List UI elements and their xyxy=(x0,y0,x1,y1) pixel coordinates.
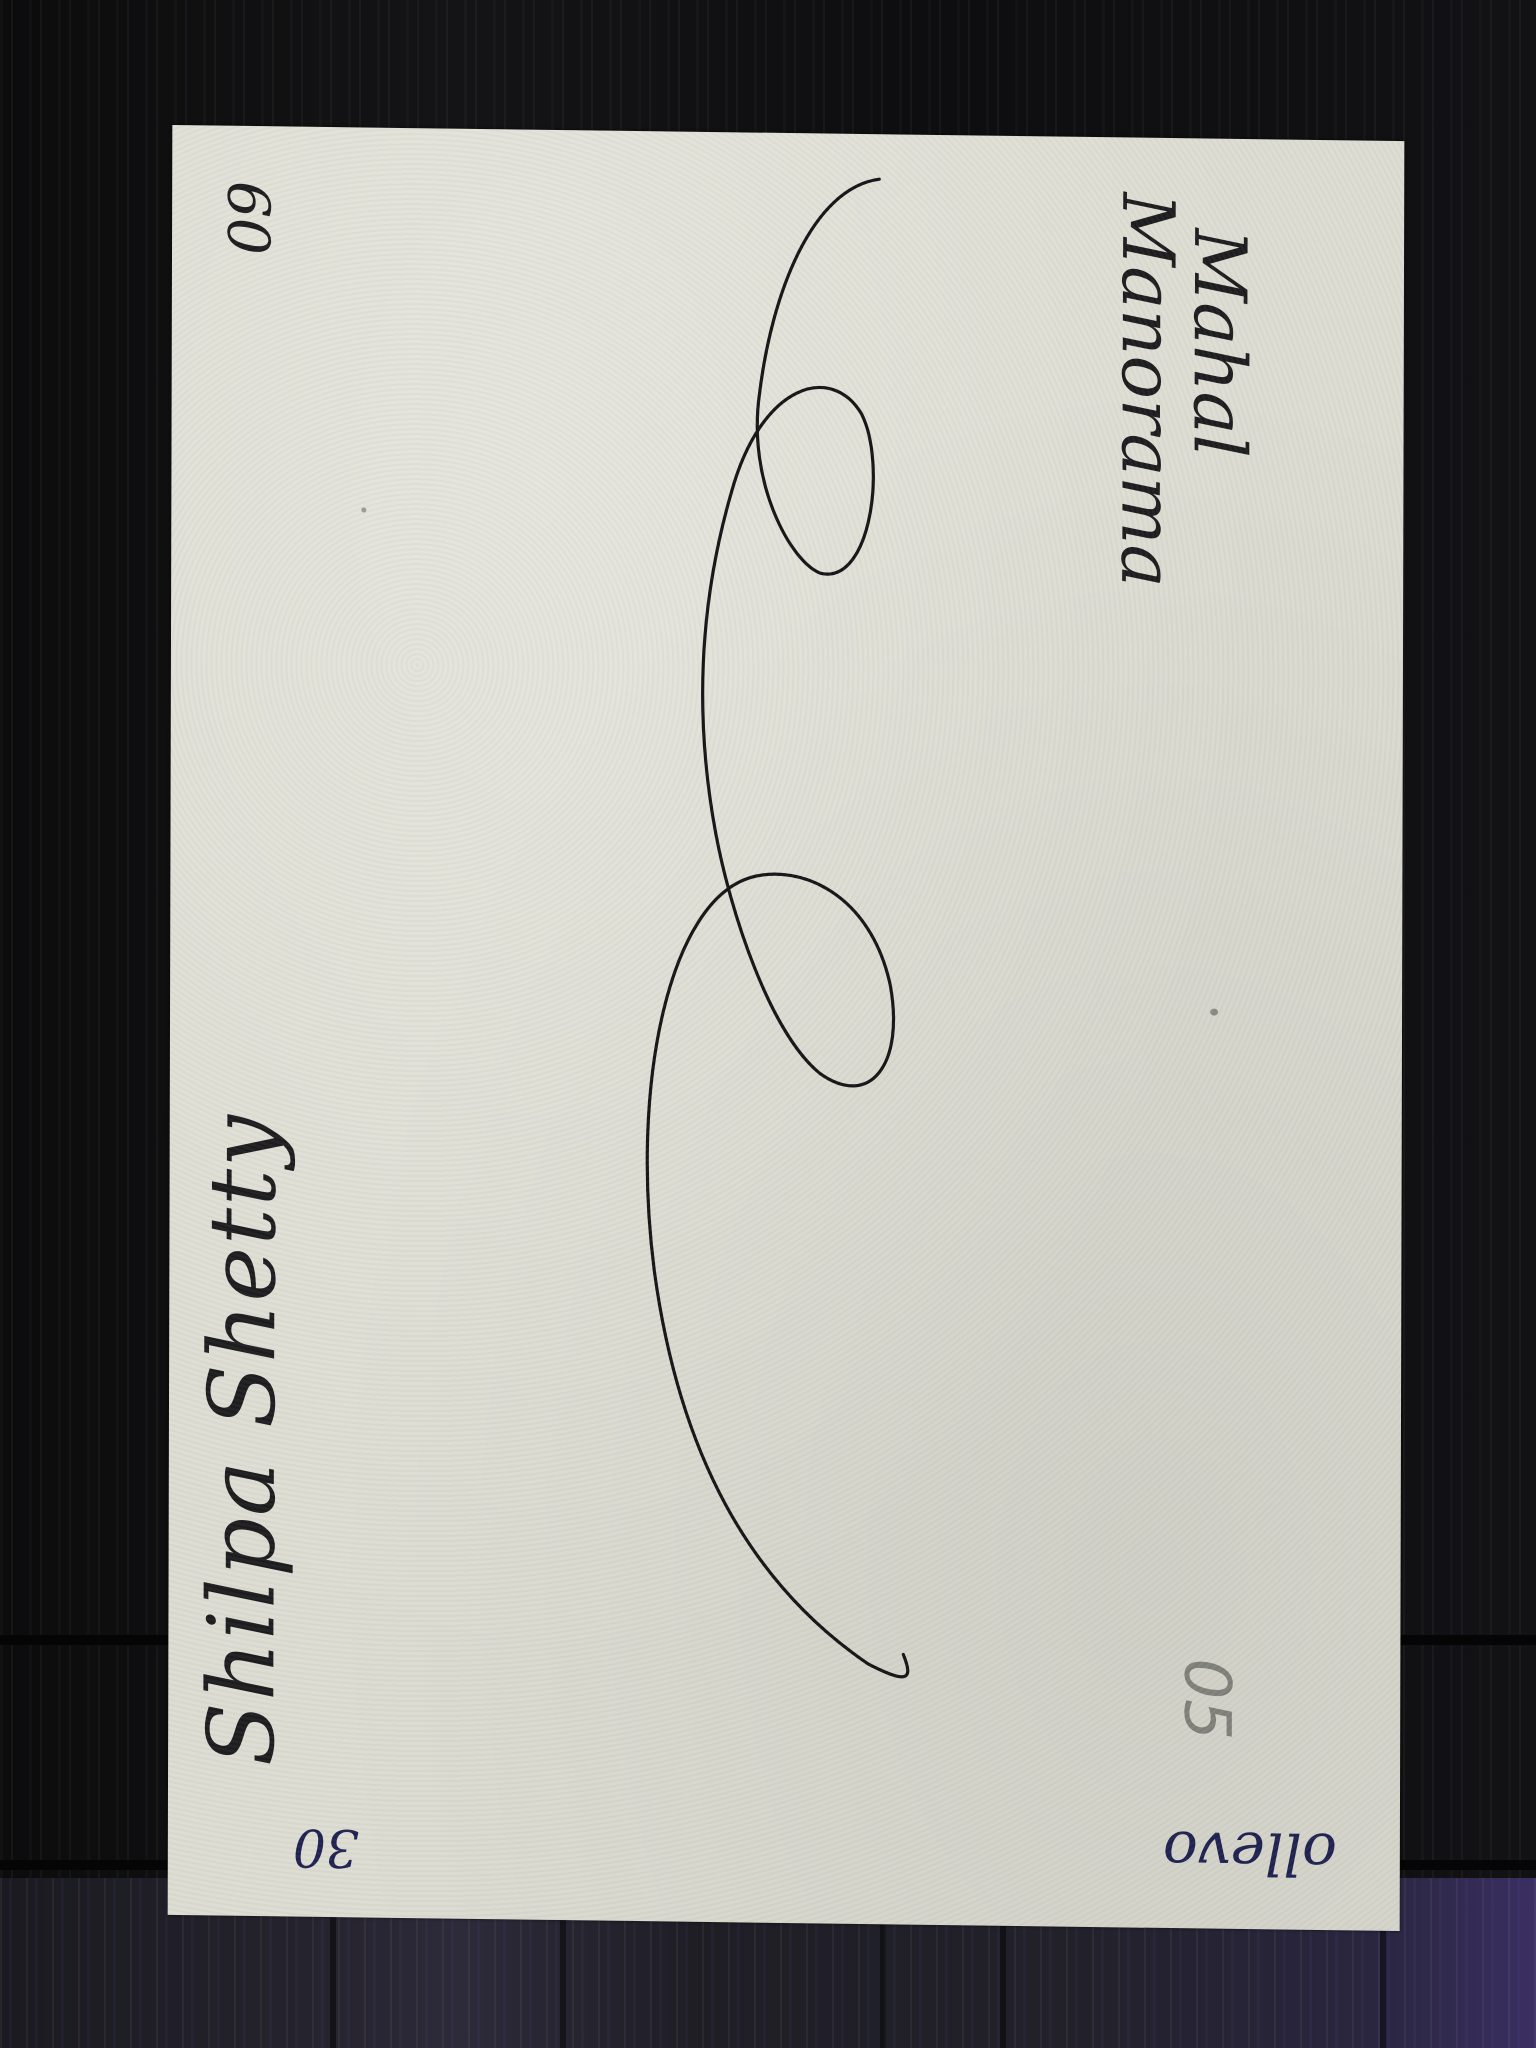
left-signature-text: Shilpa Shetty xyxy=(188,1112,297,1766)
card-speck xyxy=(1210,1009,1218,1016)
autograph-card: Shilpa Shetty 60 30 Manorama Mahal 05 ol… xyxy=(168,125,1405,1931)
right-text-line-2: Mahal xyxy=(1178,228,1263,458)
card-speck xyxy=(361,507,366,512)
top-left-mark: 60 xyxy=(214,181,282,256)
bottom-right-blue-text: ollevo xyxy=(1163,1818,1337,1888)
bottom-left-number: 30 xyxy=(293,1817,359,1878)
pencil-mark: 05 xyxy=(1169,1658,1243,1740)
